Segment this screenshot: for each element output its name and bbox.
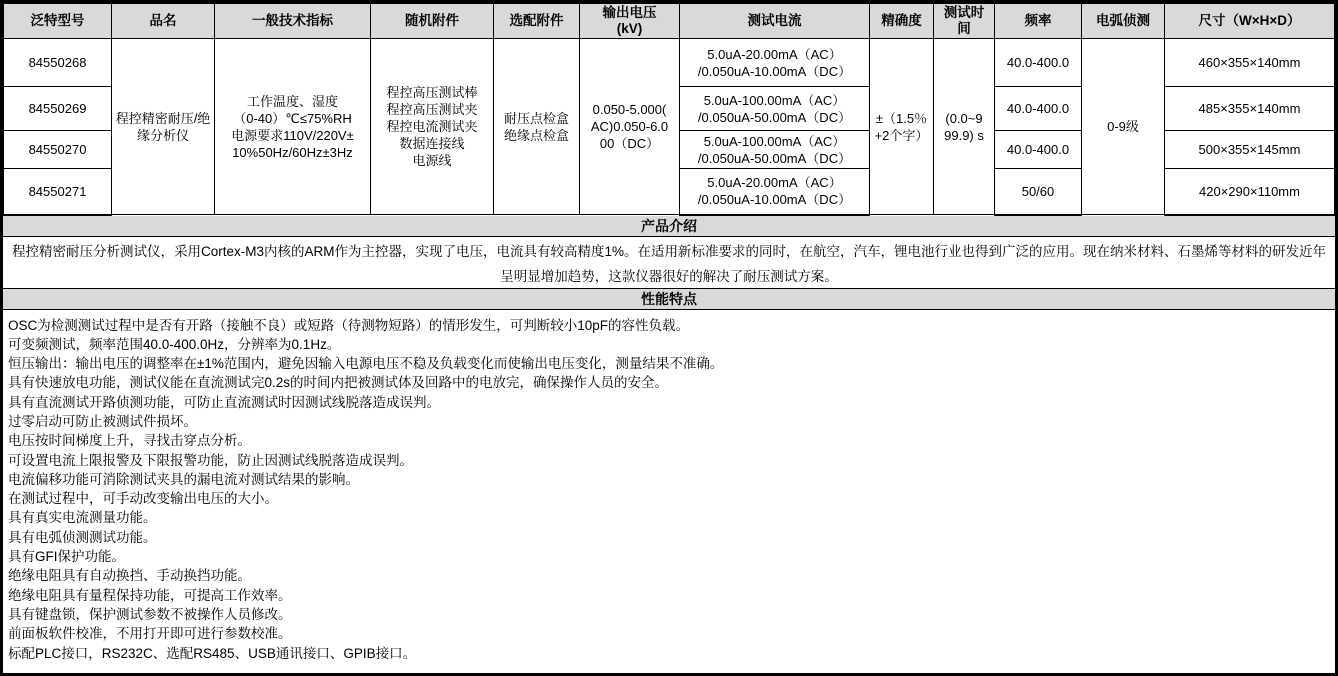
frequency-cell: 50/60: [995, 169, 1082, 215]
feature-item: 电流偏移功能可消除测试夹具的漏电流对测试结果的影响。: [8, 470, 1330, 489]
feature-item: 前面板软件校准，不用打开即可进行参数校准。: [8, 624, 1330, 643]
arc-detection-cell: 0-9级: [1082, 39, 1165, 215]
table-row: 84550268 程控精密耐压/绝 缘分析仪 工作温度、湿度 （0-40）℃≤7…: [4, 39, 1335, 87]
feature-item: 具有GFI保护功能。: [8, 547, 1330, 566]
frequency-cell: 40.0-400.0: [995, 39, 1082, 87]
feature-item: 具有键盘锁，保护测试参数不被操作人员修改。: [8, 605, 1330, 624]
model-cell: 84550271: [4, 169, 112, 215]
test-time-cell: (0.0~9 99.9) s: [934, 39, 995, 215]
feature-item: 在测试过程中，可手动改变输出电压的大小。: [8, 489, 1330, 508]
feature-item: 具有快速放电功能，测试仪能在直流测试完0.2s的时间内把被测试体及回路中的电放完…: [8, 373, 1330, 392]
included-accessories-cell: 程控高压测试棒 程控高压测试夹 程控电流测试夹 数据连接线 电源线: [371, 39, 494, 215]
feature-item: 绝缘电阻具有自动换挡、手动换挡功能。: [8, 566, 1330, 585]
test-current-cell: 5.0uA-100.00mA（AC） /0.050uA-50.00mA（DC）: [680, 87, 870, 131]
col-header-output-voltage: 输出电压 (kV): [580, 4, 680, 39]
frequency-cell: 40.0-400.0: [995, 131, 1082, 169]
feature-item: 具有电弧侦测测试功能。: [8, 528, 1330, 547]
general-specs-cell: 工作温度、湿度 （0-40）℃≤75%RH 电源要求110V/220V± 10%…: [215, 39, 371, 215]
product-intro-text: 程控精密耐压分析测试仪，采用Cortex-M3内核的ARM作为主控器，实现了电压…: [3, 237, 1335, 289]
feature-list: OSC为检测测试过程中是否有开路（接触不良）或短路（待测物短路）的情形发生，可判…: [3, 310, 1335, 663]
feature-item: 具有真实电流测量功能。: [8, 508, 1330, 527]
test-current-cell: 5.0uA-20.00mA（AC） /0.050uA-10.00mA（DC）: [680, 39, 870, 87]
col-header-product-name: 品名: [112, 4, 215, 39]
col-header-optional-accessories: 选配附件: [494, 4, 580, 39]
col-header-test-current: 测试电流: [680, 4, 870, 39]
col-header-test-time: 测试时 间: [934, 4, 995, 39]
feature-item: 过零启动可防止被测试件损坏。: [8, 412, 1330, 431]
feature-item: 可设置电流上限报警及下限报警功能，防止因测试线脱落造成误判。: [8, 451, 1330, 470]
dimensions-cell: 500×355×145mm: [1165, 131, 1335, 169]
frequency-cell: 40.0-400.0: [995, 87, 1082, 131]
col-header-arc-detection: 电弧侦测: [1082, 4, 1165, 39]
section-title-features: 性能特点: [3, 289, 1335, 310]
feature-item: 标配PLC接口，RS232C、选配RS485、USB通讯接口、GPIB接口。: [8, 644, 1330, 663]
product-name-cell: 程控精密耐压/绝 缘分析仪: [112, 39, 215, 215]
feature-item: 可变频测试，频率范围40.0-400.0Hz，分辨率为0.1Hz。: [8, 335, 1330, 354]
model-cell: 84550270: [4, 131, 112, 169]
feature-item: OSC为检测测试过程中是否有开路（接触不良）或短路（待测物短路）的情形发生，可判…: [8, 316, 1330, 335]
col-header-included-accessories: 随机附件: [371, 4, 494, 39]
spec-table: 泛特型号 品名 一般技术指标 随机附件 选配附件 输出电压 (kV) 测试电流 …: [3, 3, 1335, 216]
dimensions-cell: 460×355×140mm: [1165, 39, 1335, 87]
feature-item: 恒压输出：输出电压的调整率在±1%范围内，避免因输入电源电压不稳及负载变化而使输…: [8, 354, 1330, 373]
section-title-intro: 产品介绍: [3, 216, 1335, 237]
header-row: 泛特型号 品名 一般技术指标 随机附件 选配附件 输出电压 (kV) 测试电流 …: [4, 4, 1335, 39]
col-header-accuracy: 精确度: [870, 4, 934, 39]
optional-accessories-cell: 耐压点检盒 绝缘点检盒: [494, 39, 580, 215]
dimensions-cell: 420×290×110mm: [1165, 169, 1335, 215]
feature-item: 绝缘电阻具有量程保持功能，可提高工作效率。: [8, 586, 1330, 605]
col-header-dimensions: 尺寸（W×H×D）: [1165, 4, 1335, 39]
accuracy-cell: ±（1.5％ +2个字）: [870, 39, 934, 215]
feature-item: 具有直流测试开路侦测功能，可防止直流测试时因测试线脱落造成误判。: [8, 393, 1330, 412]
model-cell: 84550269: [4, 87, 112, 131]
output-voltage-cell: 0.050-5.000( AC)0.050-6.0 00（DC）: [580, 39, 680, 215]
model-cell: 84550268: [4, 39, 112, 87]
col-header-model: 泛特型号: [4, 4, 112, 39]
dimensions-cell: 485×355×140mm: [1165, 87, 1335, 131]
test-current-cell: 5.0uA-100.00mA（AC） /0.050uA-50.00mA（DC）: [680, 131, 870, 169]
feature-item: 电压按时间梯度上升，寻找击穿点分析。: [8, 431, 1330, 450]
product-spec-sheet: 泛特型号 品名 一般技术指标 随机附件 选配附件 输出电压 (kV) 测试电流 …: [0, 0, 1338, 676]
col-header-general-specs: 一般技术指标: [215, 4, 371, 39]
col-header-frequency: 频率: [995, 4, 1082, 39]
test-current-cell: 5.0uA-20.00mA（AC） /0.050uA-10.00mA（DC）: [680, 169, 870, 215]
